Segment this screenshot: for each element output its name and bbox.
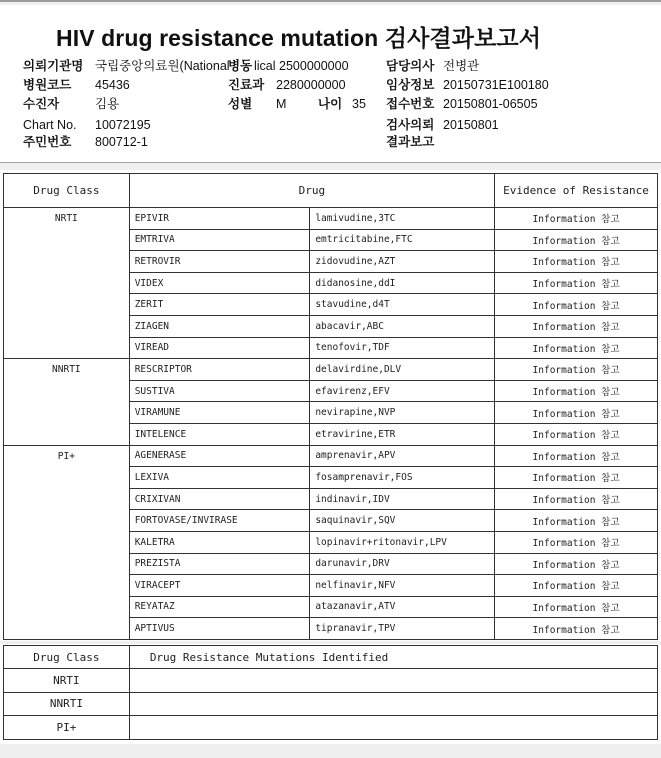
evidence-value: Information 참고 [495, 380, 658, 402]
header-evidence: Evidence of Resistance [495, 174, 658, 208]
brand-name: VIRACEPT [129, 575, 310, 597]
evidence-value: Information 참고 [495, 575, 658, 597]
report-label: 결과보고 [386, 135, 434, 149]
evidence-value: Information 참고 [495, 208, 658, 230]
evidence-value: Information 참고 [495, 272, 658, 294]
drug-class-cell: PI+ [4, 445, 130, 639]
chart-no-label: Chart No. [23, 118, 77, 132]
brand-name: EPIVIR [129, 208, 310, 230]
request-label: 검사의뢰 [386, 118, 434, 132]
generic-name: darunavir,DRV [310, 553, 495, 575]
top-strip [0, 2, 661, 5]
brand-name: CRIXIVAN [129, 488, 310, 510]
mutations-cell [129, 692, 657, 716]
brand-name: RESCRIPTOR [129, 359, 310, 381]
hospital-code-label: 병원코드 [23, 78, 71, 92]
evidence-value: Information 참고 [495, 229, 658, 251]
generic-name: delavirdine,DLV [310, 359, 495, 381]
evidence-value: Information 참고 [495, 359, 658, 381]
evidence-value: Information 참고 [495, 467, 658, 489]
brand-name: ZIAGEN [129, 315, 310, 337]
evidence-value: Information 참고 [495, 510, 658, 532]
evidence-value: Information 참고 [495, 294, 658, 316]
table-row: NNRTI [4, 692, 658, 716]
bottom-band [0, 744, 661, 758]
evidence-value: Information 참고 [495, 618, 658, 640]
generic-name: fosamprenavir,FOS [310, 467, 495, 489]
header-drug-class: Drug Class [4, 174, 130, 208]
brand-name: EMTRIVA [129, 229, 310, 251]
mutations-cell [129, 669, 657, 693]
drug-resistance-table: Drug Class Drug Evidence of Resistance N… [3, 173, 658, 640]
generic-name: atazanavir,ATV [310, 596, 495, 618]
institution-value: 국립중앙의료원(National [95, 59, 230, 73]
evidence-value: Information 참고 [495, 531, 658, 553]
generic-name: zidovudine,AZT [310, 251, 495, 273]
header-drug-class: Drug Class [4, 646, 130, 669]
drug-class-cell: PI+ [4, 716, 130, 740]
drug-class-cell: NRTI [4, 208, 130, 359]
brand-name: PREZISTA [129, 553, 310, 575]
rrn-value: 800712-1 [95, 135, 148, 149]
doctor-label: 담당의사 [386, 59, 434, 73]
receipt-label: 접수번호 [386, 97, 434, 111]
section-band [0, 163, 661, 170]
generic-name: emtricitabine,FTC [310, 229, 495, 251]
evidence-value: Information 참고 [495, 402, 658, 424]
section-band [0, 641, 661, 644]
hospital-code-value: 45436 [95, 78, 130, 92]
brand-name: VIREAD [129, 337, 310, 359]
chart-no-value: 10072195 [95, 118, 151, 132]
institution-label: 의뢰기관명 [23, 59, 83, 73]
brand-name: FORTOVASE/INVIRASE [129, 510, 310, 532]
generic-name: indinavir,IDV [310, 488, 495, 510]
generic-name: didanosine,ddI [310, 272, 495, 294]
brand-name: INTELENCE [129, 423, 310, 445]
report-title: HIV drug resistance mutation 검사결과보고서 [56, 20, 541, 53]
table-header-row: Drug Class Drug Resistance Mutations Ide… [4, 646, 658, 669]
evidence-value: Information 참고 [495, 553, 658, 575]
evidence-value: Information 참고 [495, 315, 658, 337]
receipt-value: 20150801-06505 [443, 97, 538, 111]
brand-name: VIDEX [129, 272, 310, 294]
table-row: NNRTI RESCRIPTOR delavirdine,DLV Informa… [4, 359, 658, 381]
sex-label: 성별 [228, 97, 252, 111]
generic-name: efavirenz,EFV [310, 380, 495, 402]
drug-class-cell: NNRTI [4, 692, 130, 716]
sex-value: M [276, 97, 286, 111]
drug-class-cell: NNRTI [4, 359, 130, 445]
generic-name: lamivudine,3TC [310, 208, 495, 230]
header-drug: Drug [129, 174, 494, 208]
generic-name: abacavir,ABC [310, 315, 495, 337]
generic-name: etravirine,ETR [310, 423, 495, 445]
patient-value: 김용 [95, 97, 119, 111]
evidence-value: Information 참고 [495, 423, 658, 445]
brand-name: ZERIT [129, 294, 310, 316]
generic-name: nevirapine,NVP [310, 402, 495, 424]
patient-label: 수진자 [23, 97, 59, 111]
mutation-table: Drug Class Drug Resistance Mutations Ide… [3, 645, 658, 740]
evidence-value: Information 참고 [495, 488, 658, 510]
evidence-value: Information 참고 [495, 251, 658, 273]
ward-label: 병동 [228, 59, 252, 73]
table-header-row: Drug Class Drug Evidence of Resistance [4, 174, 658, 208]
generic-name: lopinavir+ritonavir,LPV [310, 531, 495, 553]
brand-name: AGENERASE [129, 445, 310, 467]
clinical-value: 20150731E100180 [443, 78, 549, 92]
dept-value: 2280000000 [276, 78, 346, 92]
brand-name: SUSTIVA [129, 380, 310, 402]
generic-name: tenofovir,TDF [310, 337, 495, 359]
age-value: 35 [352, 97, 366, 111]
table-row: PI+ [4, 716, 658, 740]
header-mutations: Drug Resistance Mutations Identified [129, 646, 657, 669]
evidence-value: Information 참고 [495, 596, 658, 618]
brand-name: APTIVUS [129, 618, 310, 640]
evidence-value: Information 참고 [495, 445, 658, 467]
generic-name: saquinavir,SQV [310, 510, 495, 532]
brand-name: VIRAMUNE [129, 402, 310, 424]
table-row: NRTI EPIVIR lamivudine,3TC Information 참… [4, 208, 658, 230]
generic-name: nelfinavir,NFV [310, 575, 495, 597]
generic-name: stavudine,d4T [310, 294, 495, 316]
generic-name: amprenavir,APV [310, 445, 495, 467]
doctor-value: 전병관 [443, 59, 479, 73]
brand-name: LEXIVA [129, 467, 310, 489]
rrn-label: 주민번호 [23, 135, 71, 149]
brand-name: KALETRA [129, 531, 310, 553]
table-row: PI+ AGENERASE amprenavir,APV Information… [4, 445, 658, 467]
age-label: 나이 [318, 97, 342, 111]
ward-value: lical 2500000000 [254, 59, 349, 73]
mutations-cell [129, 716, 657, 740]
generic-name: tipranavir,TPV [310, 618, 495, 640]
request-value: 20150801 [443, 118, 499, 132]
brand-name: RETROVIR [129, 251, 310, 273]
clinical-label: 임상정보 [386, 78, 434, 92]
dept-label: 진료과 [228, 78, 264, 92]
brand-name: REYATAZ [129, 596, 310, 618]
evidence-value: Information 참고 [495, 337, 658, 359]
table-row: NRTI [4, 669, 658, 693]
drug-class-cell: NRTI [4, 669, 130, 693]
